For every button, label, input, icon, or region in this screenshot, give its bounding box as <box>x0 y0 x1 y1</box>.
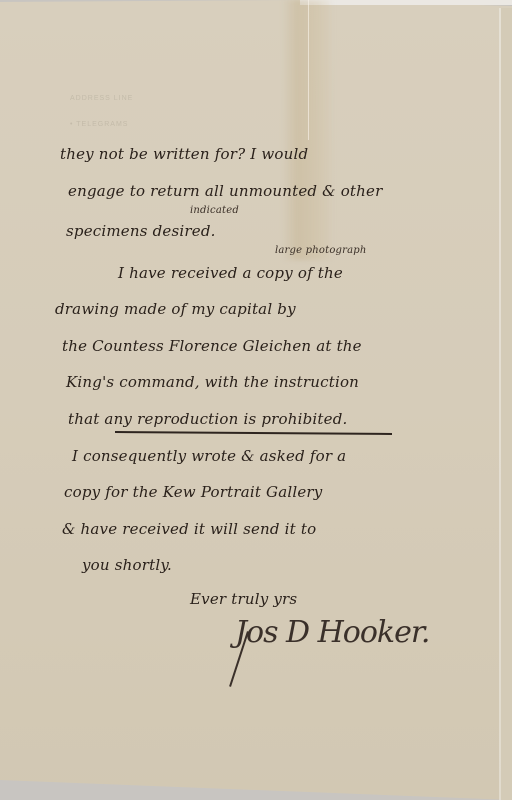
handwritten-line-9: I consequently wrote & asked for a <box>72 447 346 465</box>
handwritten-line-6: the Countess Florence Gleichen at the <box>62 337 362 355</box>
signature: Jos D Hooker. <box>235 615 429 650</box>
handwritten-line-12: you shortly. <box>82 556 172 574</box>
handwritten-line-11: & have received it will send it to <box>62 520 316 538</box>
handwritten-line-4: I have received a copy of the <box>118 264 343 282</box>
handwritten-line-1: they not be written for? I would <box>60 145 308 163</box>
letterhead-line-1: ADDRESS LINE <box>70 86 133 112</box>
handwritten-line-5: drawing made of my capital by <box>55 300 296 318</box>
paper-right-edge <box>499 8 501 800</box>
faint-letterhead: ADDRESS LINE • TELEGRAMS <box>70 86 133 138</box>
paper-right-margin <box>501 8 512 800</box>
handwritten-line-3: specimens desired. <box>66 222 216 240</box>
closing-salutation: Ever truly yrs <box>190 590 297 608</box>
letterhead-line-2: • TELEGRAMS <box>70 112 133 138</box>
handwritten-line-10: copy for the Kew Portrait Gallery <box>64 483 322 501</box>
handwritten-line-2: engage to return all unmounted & other <box>68 182 382 200</box>
paper-fold <box>308 0 309 140</box>
handwritten-line-8: that any reproduction is prohibited. <box>68 410 347 428</box>
handwritten-line-7: King's command, with the instruction <box>66 373 359 391</box>
insertion-indicated: indicated <box>190 205 239 216</box>
insertion-large-photograph: large photograph <box>275 245 367 256</box>
